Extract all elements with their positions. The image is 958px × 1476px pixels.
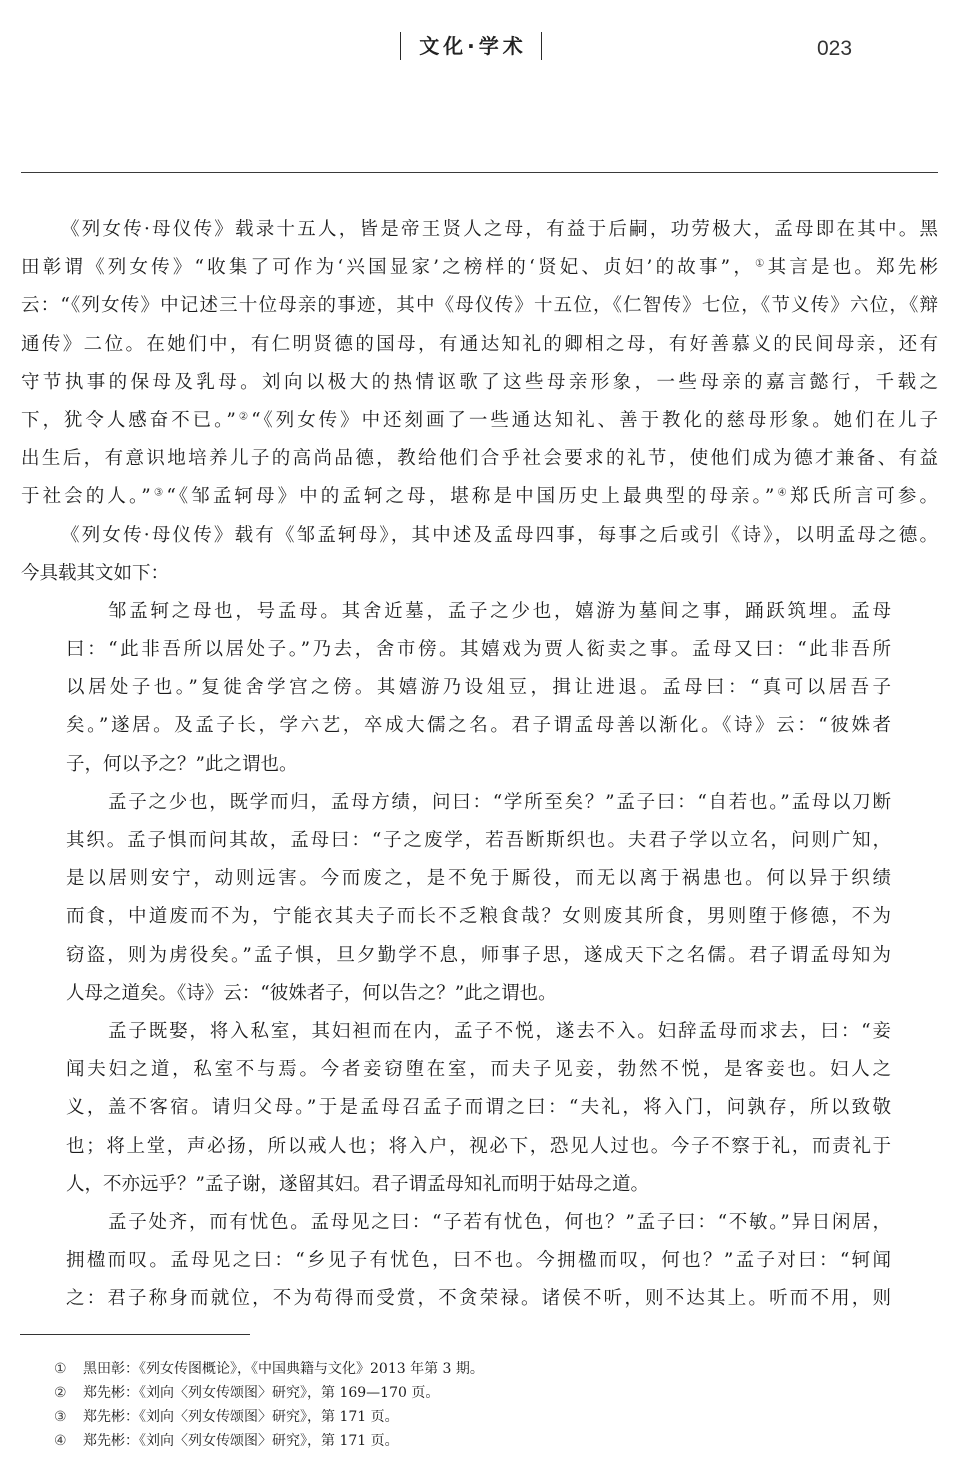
quotation-block-1: 邹孟轲之母也，号孟母。其舍近墓，孟子之少也，嬉游为墓间之事，踊跃筑埋。孟母 曰：… (66, 593, 891, 784)
footnote-mark: ② (54, 1381, 67, 1405)
section-label: 文化·学术 (419, 32, 527, 60)
text-line: 孟子之少也，既学而归，孟母方绩，问曰：“学所至矣？”孟子曰：“自若也。”孟母以刀… (66, 784, 891, 822)
text-line: 之：君子称身而就位，不为苟得而受赏，不贪荣禄。诸侯不听，则不达其上。听而不用，则 (66, 1280, 891, 1318)
text-segment: 下，犹令人感奋不已。” (21, 410, 236, 431)
text-line: 今具载其文如下： (21, 555, 938, 593)
text-line: 于社会的人。”③“《邹孟轲母》中的孟轲之母，堪称是中国历史上最典型的母亲。”④郑… (21, 478, 938, 516)
text-line: 闻夫妇之道，私室不与焉。今者妾窃堕在室，而夫子见妾，勃然不悦，是客妾也。妇人之 (66, 1051, 891, 1089)
text-line: 守节执事的保母及乳母。刘向以极大的热情讴歌了这些母亲形象，一些母亲的嘉言懿行，千… (21, 364, 938, 402)
text-line: 以居处子也。”复徙舍学宫之傍。其嬉游乃设俎豆，揖让进退。孟母曰：“真可以居吾子 (66, 669, 891, 707)
text-line: 《列女传·母仪传》载录十五人，皆是帝王贤人之母，有益于后嗣，功劳极大，孟母即在其… (21, 211, 938, 249)
text-line: 义，盖不客宿。请归父母。”于是孟母召孟子而谓之曰：“夫礼，将入门，问孰存，所以致… (66, 1089, 891, 1127)
text-line: 窃盗，则为虏役矣。”孟子惧，旦夕勤学不息，师事子思，遂成天下之名儒。君子谓孟母知… (66, 937, 891, 975)
text-line: 人，不亦远乎？”孟子谢，遂留其妇。君子谓孟母知礼而明于姑母之道。 (66, 1166, 891, 1204)
header-rule (21, 172, 938, 173)
text-segment: “《列女传》中还刻画了一些通达知礼、善于教化的慈母形象。她们在儿子 (251, 410, 938, 431)
quotation-block-2: 孟子之少也，既学而归，孟母方绩，问曰：“学所至矣？”孟子曰：“自若也。”孟母以刀… (66, 784, 891, 1013)
footnote-ref: ① (755, 258, 768, 270)
text-line: 下，犹令人感奋不已。”②“《列女传》中还刻画了一些通达知礼、善于教化的慈母形象。… (21, 402, 938, 440)
footnote-mark: ③ (54, 1405, 67, 1429)
quotation-block-3: 孟子既娶，将入私室，其妇袒而在内，孟子不悦，遂去不入。妇辞孟母而求去，曰：“妾 … (66, 1013, 891, 1204)
text-segment: 田彰谓《列女传》“收集了可作为‘兴国显家’之榜样的‘贤妃、贞妇’的故事”， (21, 257, 755, 278)
footnote-item: ④ 郑先彬：《刘向〈列女传颂图〉研究》，第 171 页。 (0, 1429, 958, 1453)
text-line: 子，何以予之？”此之谓也。 (66, 746, 891, 784)
text-line: 矣。”遂居。及孟子长，学六艺，卒成大儒之名。君子谓孟母善以渐化。《诗》云：“彼姝… (66, 707, 891, 745)
footnote-item: ② 郑先彬：《刘向〈列女传颂图〉研究》，第 169—170 页。 (0, 1381, 958, 1405)
footnote-mark: ④ (54, 1429, 67, 1453)
text-line: 通传》二位。在她们中，有仁明贤德的国母，有通达知礼的卿相之母，有好善慕义的民间母… (21, 326, 938, 364)
text-line: 田彰谓《列女传》“收集了可作为‘兴国显家’之榜样的‘贤妃、贞妇’的故事”，①其言… (21, 249, 938, 287)
article-body: 《列女传·母仪传》载录十五人，皆是帝王贤人之母，有益于后嗣，功劳极大，孟母即在其… (0, 211, 958, 1318)
footnote-ref: ④ (774, 487, 790, 499)
footnote-ref: ③ (151, 487, 167, 499)
footnote-text: 黑田彰：《列女传图概论》，《中国典籍与文化》2013 年第 3 期。 (83, 1357, 484, 1381)
paragraph-lead-in: 《列女传·母仪传》载有《邹孟轲母》，其中述及孟母四事，每事之后或引《诗》，以明孟… (21, 517, 938, 593)
footnote-rule (20, 1334, 250, 1335)
footnote-text: 郑先彬：《刘向〈列女传颂图〉研究》，第 171 页。 (83, 1405, 399, 1429)
text-line: 而食，中道废而不为，宁能衣其夫子而长不乏粮食哉？女则废其所食，男则堕于修德，不为 (66, 898, 891, 936)
footnotes: ① 黑田彰：《列女传图概论》，《中国典籍与文化》2013 年第 3 期。 ② 郑… (0, 1357, 958, 1453)
footnote-text: 郑先彬：《刘向〈列女传颂图〉研究》，第 169—170 页。 (83, 1381, 439, 1405)
footnote-item: ① 黑田彰：《列女传图概论》，《中国典籍与文化》2013 年第 3 期。 (0, 1357, 958, 1381)
footnote-item: ③ 郑先彬：《刘向〈列女传颂图〉研究》，第 171 页。 (0, 1405, 958, 1429)
text-line: 其织。孟子惧而问其故，孟母曰：“子之废学，若吾断斯织也。夫君子学以立名，问则广知… (66, 822, 891, 860)
text-line: 出生后，有意识地培养儿子的高尚品德，教给他们合乎社会要求的礼节，使他们成为德才兼… (21, 440, 938, 478)
text-line: 云：“《列女传》中记述三十位母亲的事迹，其中《母仪传》十五位，《仁智传》七位，《… (21, 287, 938, 325)
footnote-text: 郑先彬：《刘向〈列女传颂图〉研究》，第 171 页。 (83, 1429, 399, 1453)
text-segment: 于社会的人。” (21, 486, 151, 507)
text-segment: 其言是也。郑先彬 (768, 257, 938, 278)
text-line: 拥楹而叹。孟母见之曰：“乡见子有忧色，曰不也。今拥楹而叹，何也？”孟子对曰：“轲… (66, 1242, 891, 1280)
text-line: 邹孟轲之母也，号孟母。其舍近墓，孟子之少也，嬉游为墓间之事，踊跃筑埋。孟母 (66, 593, 891, 631)
text-line: 曰：“此非吾所以居处子。”乃去，舍市傍。其嬉戏为贾人衒卖之事。孟母又曰：“此非吾… (66, 631, 891, 669)
text-segment: “《邹孟轲母》中的孟轲之母，堪称是中国历史上最典型的母亲。” (166, 486, 774, 507)
footnote-ref: ② (236, 411, 251, 423)
text-line: 也；将上堂，声必扬，所以戒人也；将入户，视必下，恐见人过也。今子不察于礼，而责礼… (66, 1128, 891, 1166)
text-line: 是以居则安宁，动则远害。今而废之，是不免于厮役，而无以离于祸患也。何以异于织绩 (66, 860, 891, 898)
text-line: 人母之道矣。《诗》云：“彼姝者子，何以告之？”此之谓也。 (66, 975, 891, 1013)
page-number: 023 (817, 37, 852, 61)
text-segment: 郑氏所言可参。 (790, 486, 938, 507)
paragraph-intro: 《列女传·母仪传》载录十五人，皆是帝王贤人之母，有益于后嗣，功劳极大，孟母即在其… (21, 211, 938, 517)
text-line: 孟子既娶，将入私室，其妇袒而在内，孟子不悦，遂去不入。妇辞孟母而求去，曰：“妾 (66, 1013, 891, 1051)
footnote-mark: ① (54, 1357, 67, 1381)
text-line: 孟子处齐，而有忧色。孟母见之曰：“子若有忧色，何也？”孟子曰：“不敏。”异日闲居… (66, 1204, 891, 1242)
running-head: 文化·学术 (400, 32, 542, 60)
text-line: 《列女传·母仪传》载有《邹孟轲母》，其中述及孟母四事，每事之后或引《诗》，以明孟… (21, 517, 938, 555)
quotation-block-4: 孟子处齐，而有忧色。孟母见之曰：“子若有忧色，何也？”孟子曰：“不敏。”异日闲居… (66, 1204, 891, 1319)
